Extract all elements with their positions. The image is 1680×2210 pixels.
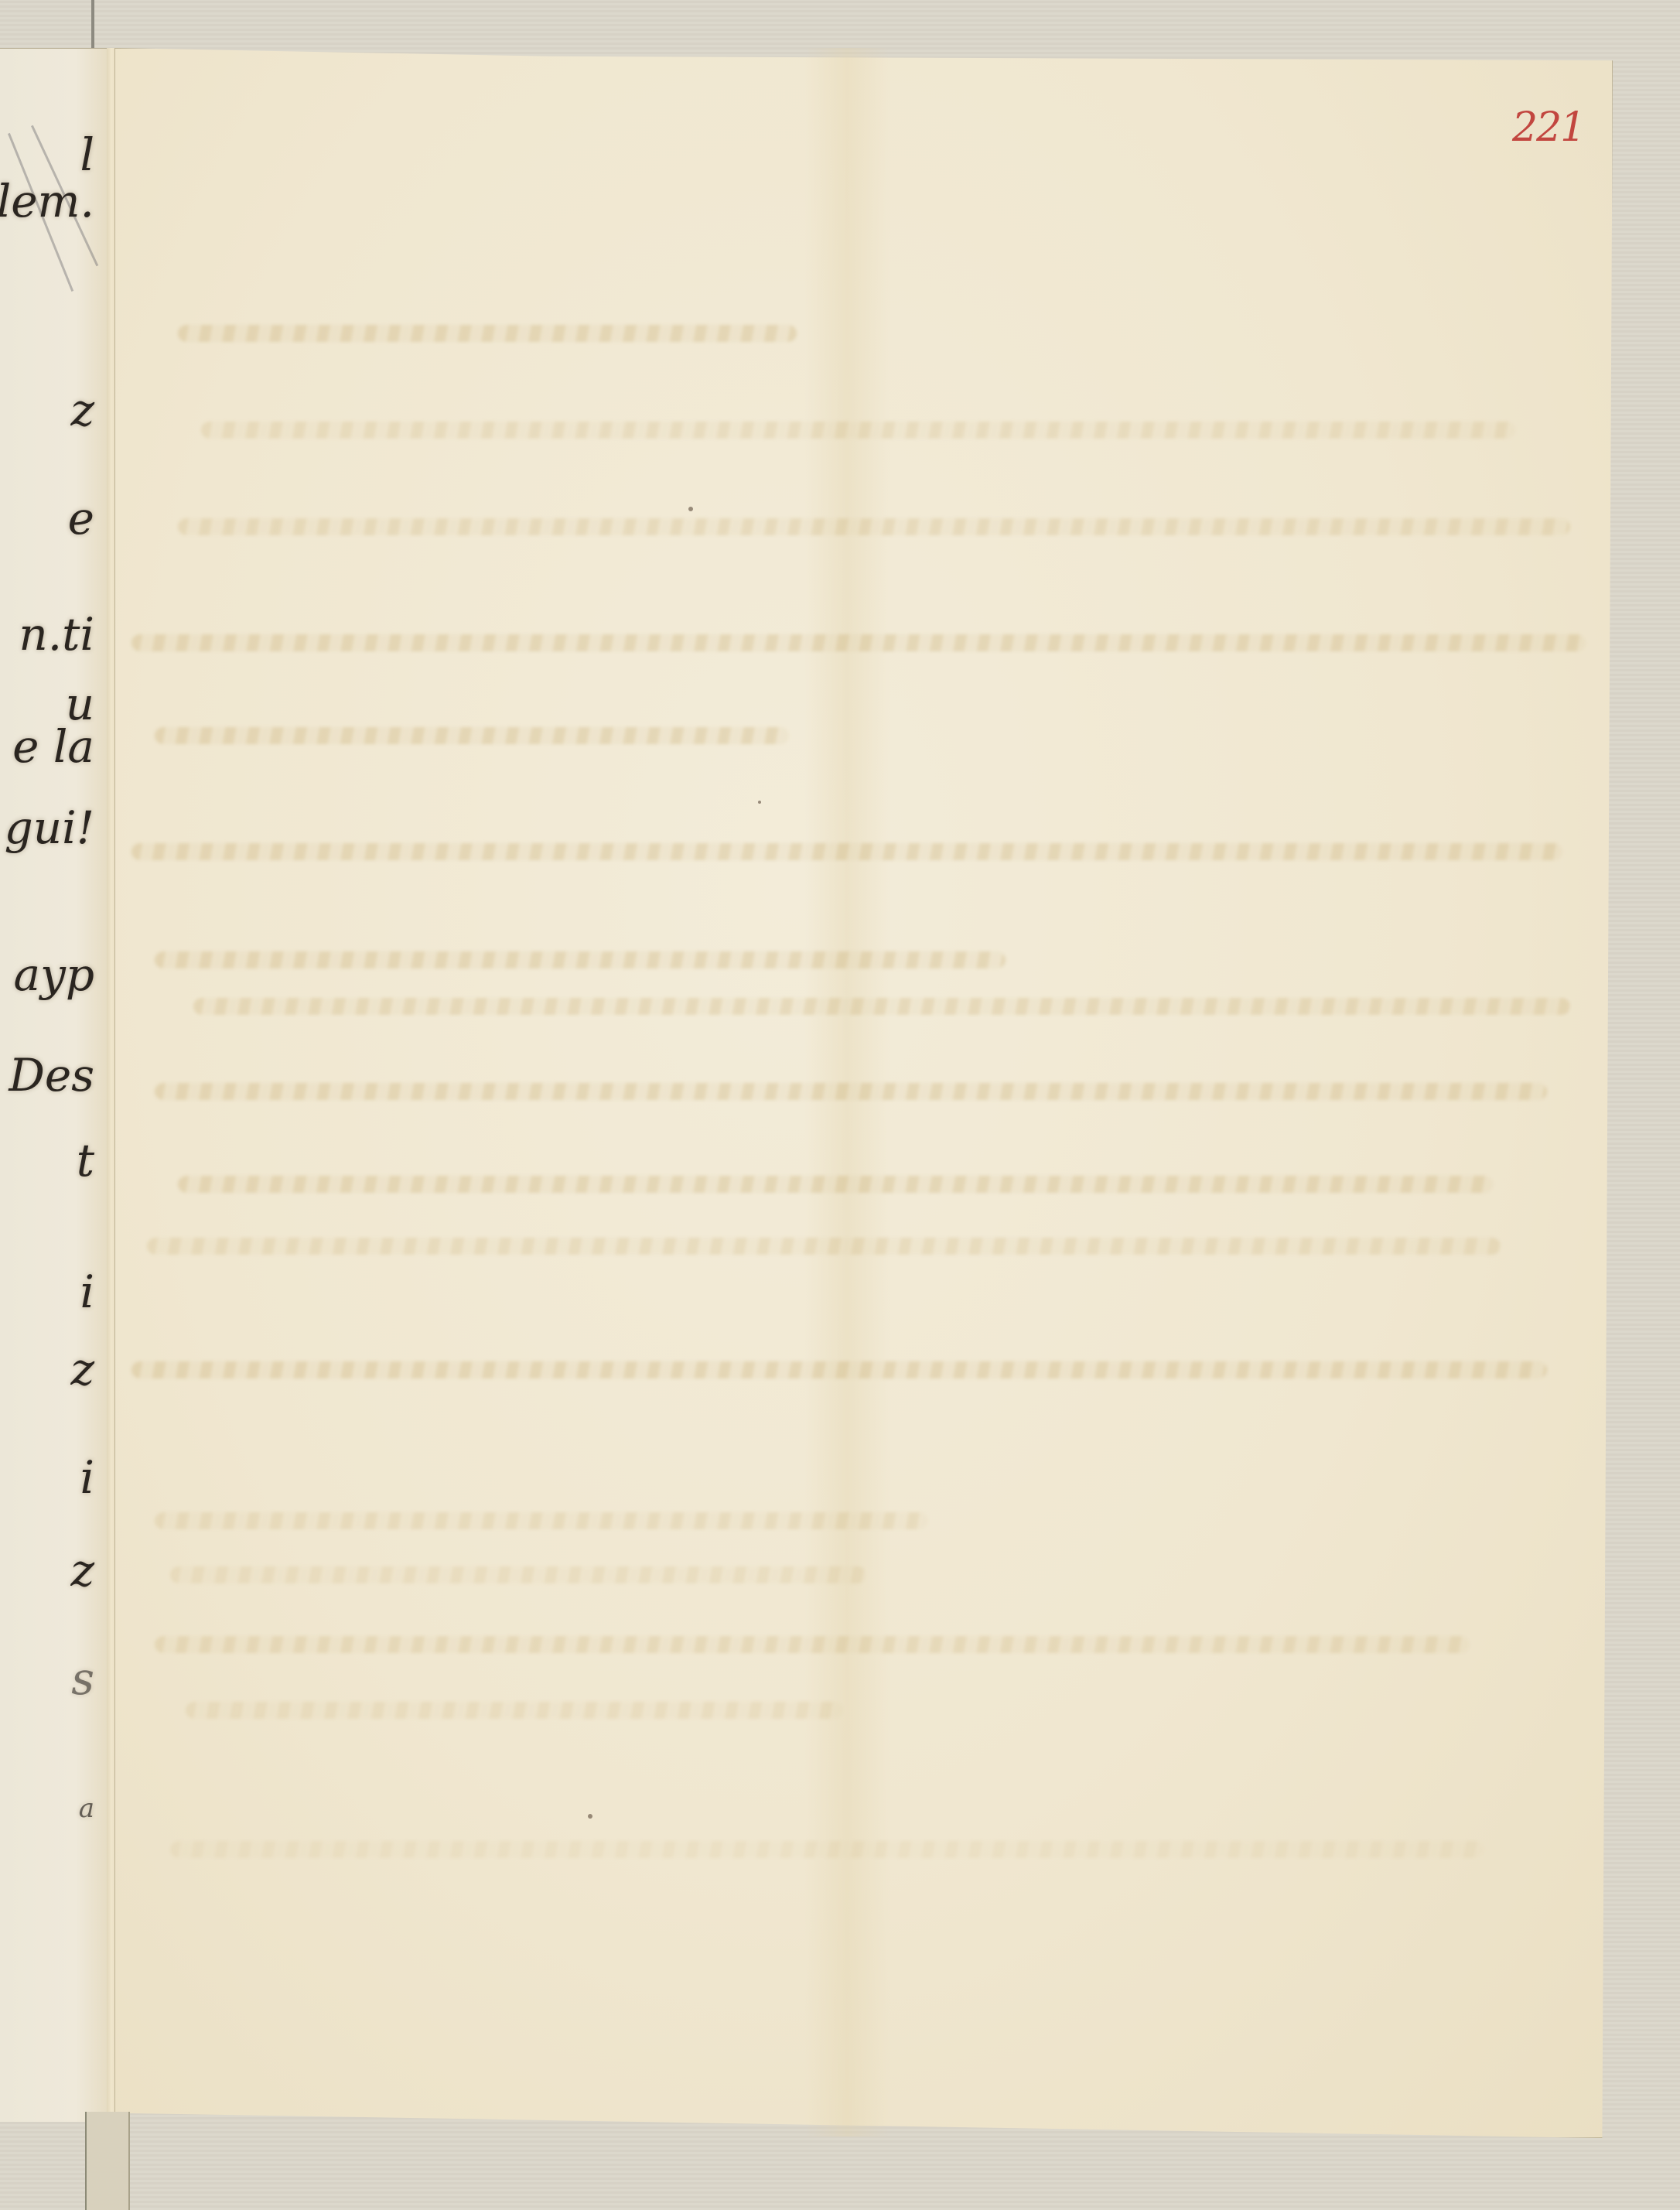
backdrop-board-edge (91, 0, 94, 54)
facing-text-fragment: i (80, 1269, 94, 1314)
facing-text-fragment: lem. (0, 179, 94, 224)
facing-text-fragment: gui! (5, 805, 94, 850)
facing-text-fragment: Des (9, 1053, 94, 1098)
binding-strip (85, 2112, 130, 2210)
facing-text-fragment: n.ti (19, 612, 94, 657)
facing-text-fragment: a (79, 1795, 94, 1822)
ink-spot (588, 1814, 592, 1819)
folio-number: 221 (1512, 104, 1584, 151)
facing-text-fragment: z (70, 1548, 94, 1593)
ink-spot (758, 801, 761, 804)
facing-text-fragment: i (80, 1455, 94, 1500)
facing-page-edge: l lem. z e n.ti u e la gui! ayp Des t i … (0, 48, 108, 2122)
facing-text-fragment: z (70, 388, 94, 432)
facing-text-fragment: t (77, 1138, 94, 1183)
facing-text-fragment: l (80, 132, 94, 177)
facing-text-fragment: s (71, 1656, 94, 1701)
facing-text-fragment: z (70, 1347, 94, 1392)
ink-spot (688, 507, 693, 511)
facing-text-fragment: ayp (14, 952, 94, 997)
facing-text-fragment: e (68, 496, 94, 541)
facing-text-fragment: e la (12, 724, 94, 769)
